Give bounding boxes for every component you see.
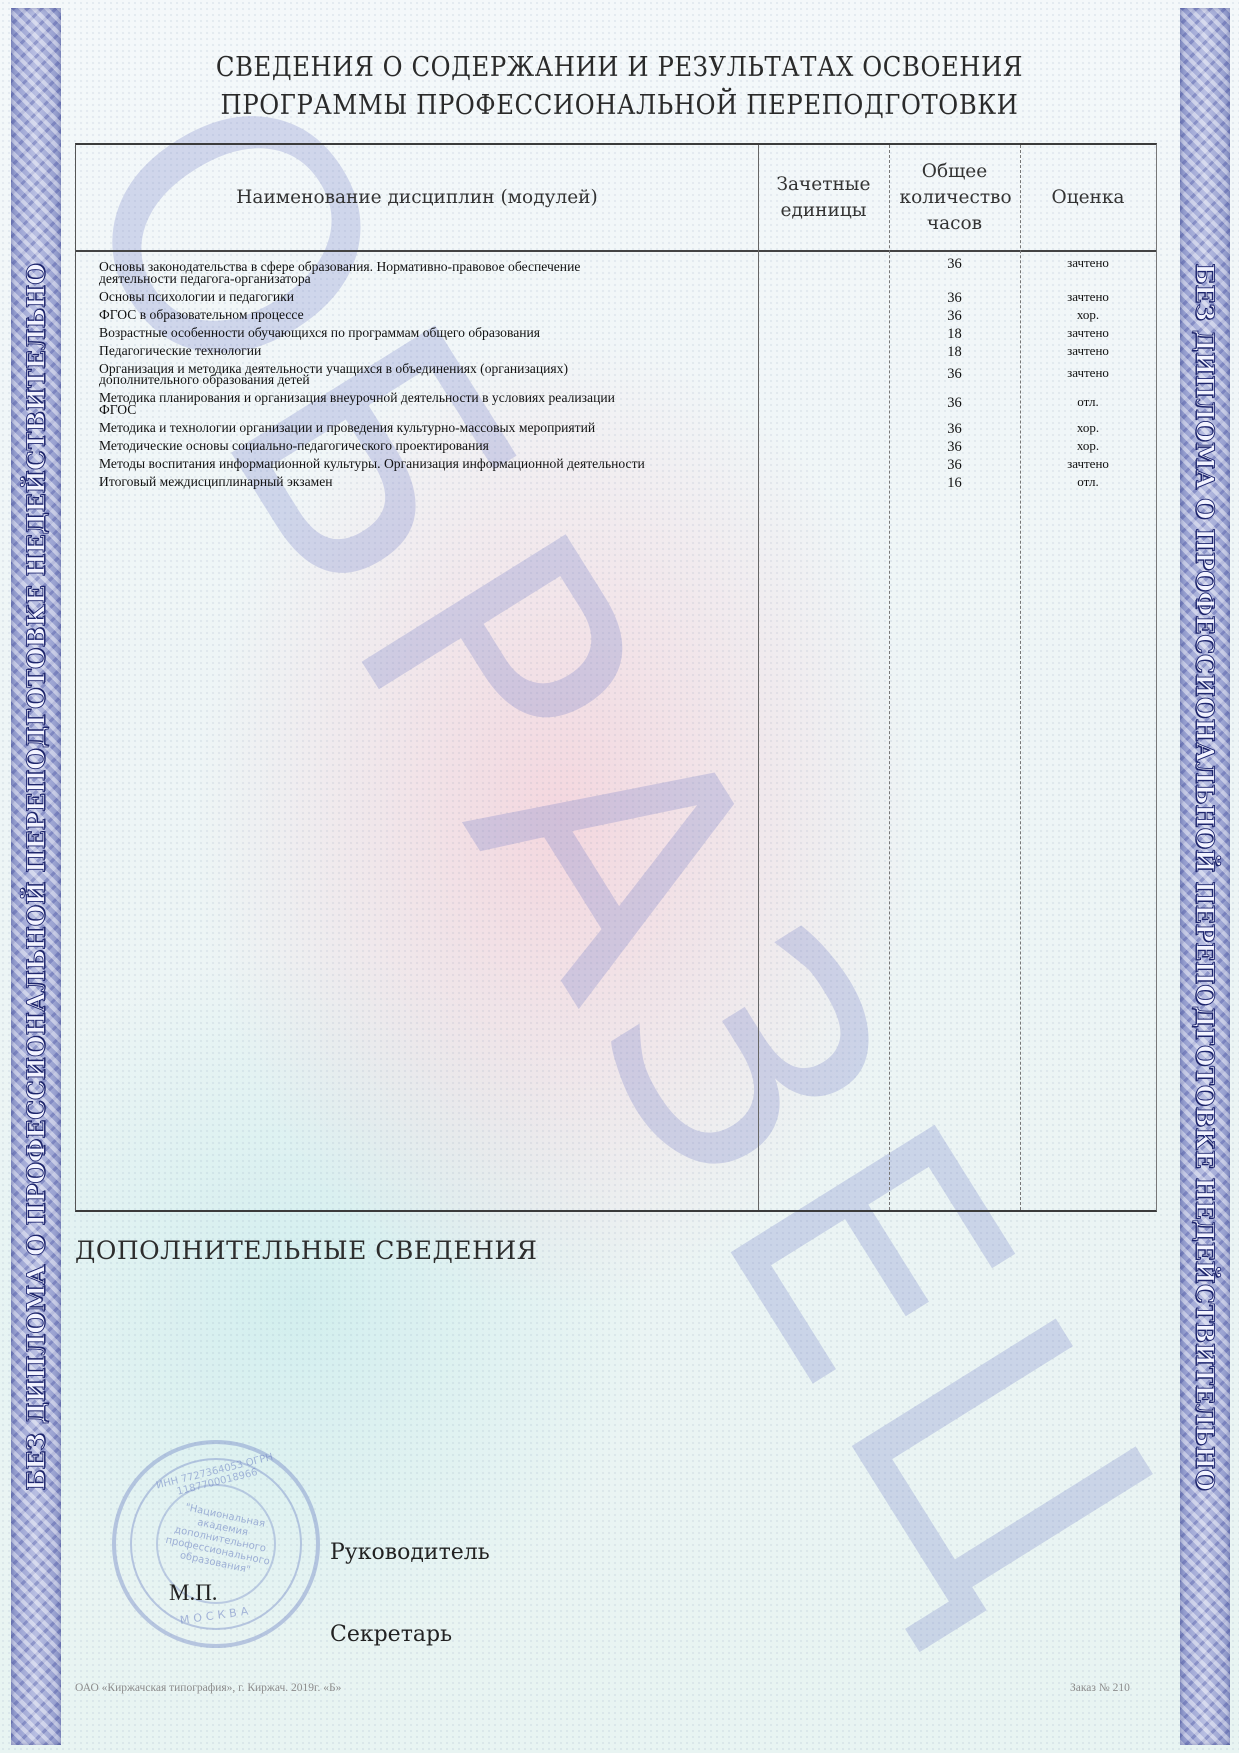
total-hours: 18 — [889, 345, 1020, 359]
secretary-signature-label: Секретарь — [330, 1622, 452, 1647]
table-row: Возрастные особенности обучающихся по пр… — [76, 327, 1156, 345]
grade: зачтено — [1020, 327, 1156, 339]
total-hours: 36 — [889, 291, 1020, 305]
left-border-text: БЕЗ ДИПЛОМА О ПРОФЕССИОНАЛЬНОЙ ПЕРЕПОДГО… — [22, 263, 51, 1491]
header-divider — [76, 250, 1156, 252]
left-guilloche-border: БЕЗ ДИПЛОМА О ПРОФЕССИОНАЛЬНОЙ ПЕРЕПОДГО… — [11, 8, 61, 1745]
header-credit-units: Зачетные единицы — [758, 145, 889, 250]
printer-imprint: ОАО «Киржачская типография», г. Киржач. … — [75, 1682, 341, 1694]
official-seal-stamp: ИНН 7727364053 ОГРН 1187700018966 "Нацио… — [112, 1440, 320, 1648]
discipline-name: Основы законодательства в сфере образова… — [99, 261, 759, 284]
discipline-name: Организация и методика деятельности учащ… — [99, 363, 759, 386]
discipline-name: Итоговый междисциплинарный экзамен — [99, 476, 759, 488]
total-hours: 36 — [889, 257, 1020, 271]
seal-place-label: М.П. — [169, 1580, 218, 1606]
page-title-line-1: СВЕДЕНИЯ О СОДЕРЖАНИИ И РЕЗУЛЬТАТАХ ОСВО… — [0, 52, 1239, 83]
total-hours: 18 — [889, 327, 1020, 341]
grade: зачтено — [1020, 345, 1156, 357]
total-hours: 36 — [889, 422, 1020, 436]
right-border-text: БЕЗ ДИПЛОМА О ПРОФЕССИОНАЛЬНОЙ ПЕРЕПОДГО… — [1191, 263, 1220, 1491]
table-row: Методические основы социально-педагогиче… — [76, 440, 1156, 458]
table-body: Основы законодательства в сфере образова… — [76, 261, 1156, 494]
disciplines-table: Наименование дисциплин (модулей) Зачетны… — [75, 143, 1157, 1212]
grade: зачтено — [1020, 291, 1156, 303]
table-row: Методика планирования и организация внеу… — [76, 392, 1156, 422]
discipline-name: Методика и технологии организации и пров… — [99, 422, 759, 434]
header-discipline-name: Наименование дисциплин (модулей) — [76, 145, 758, 250]
discipline-name: Методические основы социально-педагогиче… — [99, 440, 759, 452]
table-row: Основы психологии и педагогики36зачтено — [76, 291, 1156, 309]
right-guilloche-border: БЕЗ ДИПЛОМА О ПРОФЕССИОНАЛЬНОЙ ПЕРЕПОДГО… — [1180, 8, 1230, 1745]
grade: зачтено — [1020, 367, 1156, 379]
total-hours: 36 — [889, 458, 1020, 472]
discipline-name: Основы психологии и педагогики — [99, 291, 759, 303]
total-hours: 16 — [889, 476, 1020, 490]
total-hours: 36 — [889, 440, 1020, 454]
page-title-line-2: ПРОГРАММЫ ПРОФЕССИОНАЛЬНОЙ ПЕРЕПОДГОТОВК… — [0, 90, 1239, 121]
table-row: ФГОС в образовательном процессе36хор. — [76, 309, 1156, 327]
total-hours: 36 — [889, 367, 1020, 381]
header-total-hours: Общее количество часов — [889, 145, 1020, 250]
table-row: Методы воспитания информационной культур… — [76, 458, 1156, 476]
table-row: Итоговый междисциплинарный экзамен16отл. — [76, 476, 1156, 494]
discipline-name: Методика планирования и организация внеу… — [99, 392, 759, 415]
grade: хор. — [1020, 422, 1156, 434]
table-row: Педагогические технологии18зачтено — [76, 345, 1156, 363]
total-hours: 36 — [889, 396, 1020, 410]
table-row: Организация и методика деятельности учащ… — [76, 363, 1156, 393]
additional-info-heading: ДОПОЛНИТЕЛЬНЫЕ СВЕДЕНИЯ — [75, 1236, 537, 1265]
grade: отл. — [1020, 476, 1156, 488]
discipline-name: ФГОС в образовательном процессе — [99, 309, 759, 321]
grade: хор. — [1020, 440, 1156, 452]
table-row: Методика и технологии организации и пров… — [76, 422, 1156, 440]
grade: зачтено — [1020, 458, 1156, 470]
grade: хор. — [1020, 309, 1156, 321]
order-number: Заказ № 210 — [1070, 1682, 1130, 1694]
discipline-name: Возрастные особенности обучающихся по пр… — [99, 327, 759, 339]
grade: отл. — [1020, 396, 1156, 408]
discipline-name: Методы воспитания информационной культур… — [99, 458, 759, 470]
grade: зачтено — [1020, 257, 1156, 269]
discipline-name: Педагогические технологии — [99, 345, 759, 357]
table-row: Основы законодательства в сфере образова… — [76, 261, 1156, 291]
total-hours: 36 — [889, 309, 1020, 323]
head-signature-label: Руководитель — [330, 1540, 490, 1565]
header-grade: Оценка — [1020, 145, 1156, 250]
